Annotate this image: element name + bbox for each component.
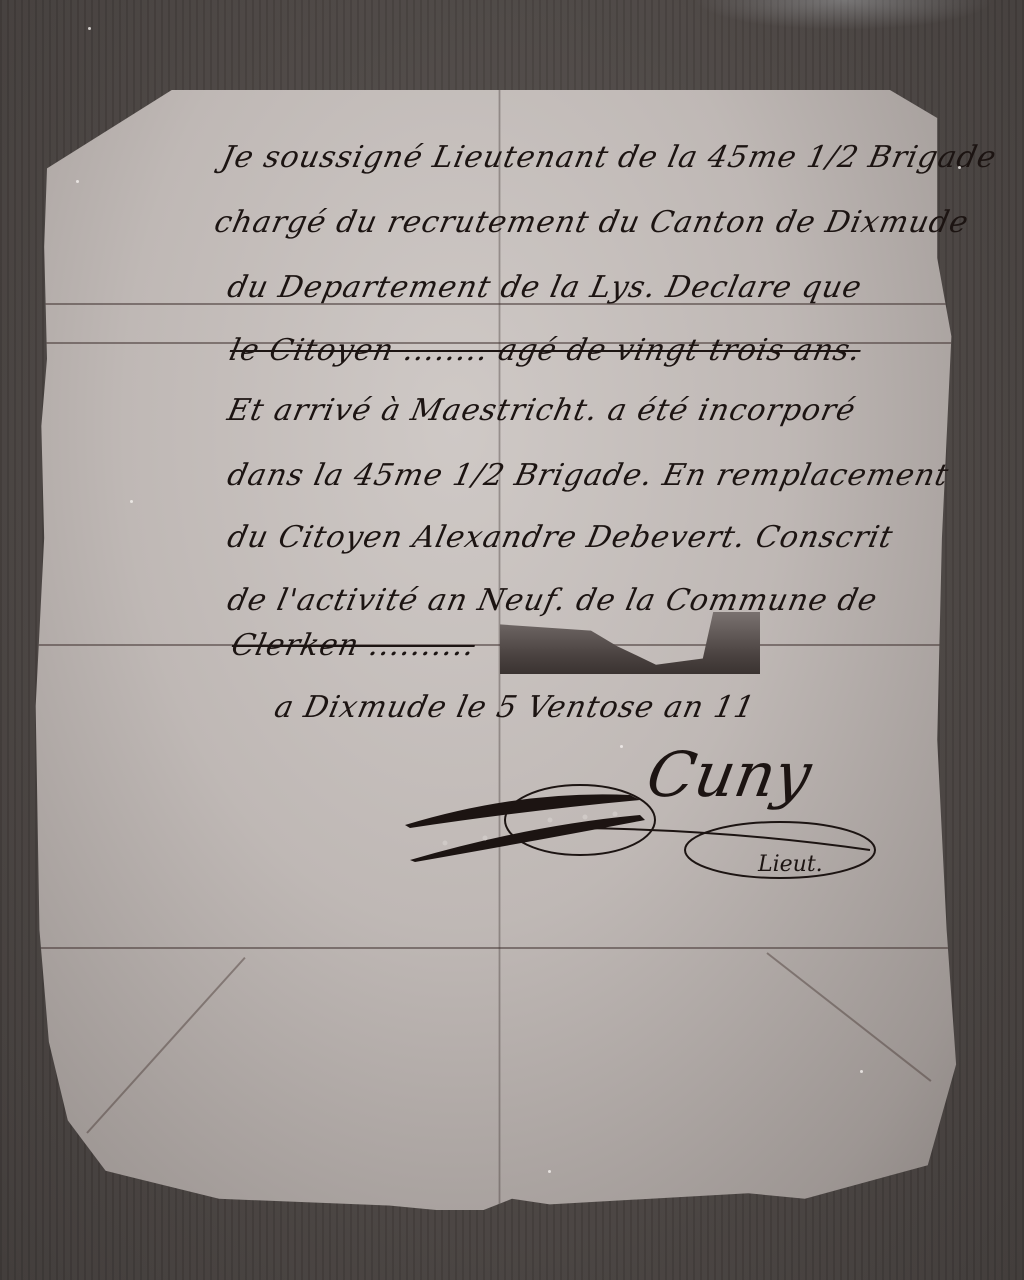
signature-flourish-icon bbox=[400, 770, 880, 900]
text-line-3: du Departement de la Lys. Declare que bbox=[224, 270, 865, 305]
text-line-7: du Citoyen Alexandre Debevert. Conscrit bbox=[224, 520, 896, 555]
signature-title: Lieut. bbox=[758, 852, 823, 877]
text-line-6: dans la 45me 1/2 Brigade. En remplacemen… bbox=[224, 458, 952, 493]
text-line-1: Je soussigné Lieutenant de la 45me 1/2 B… bbox=[218, 140, 1000, 175]
text-line-5: Et arrivé à Maestricht. a été incorporé bbox=[224, 393, 859, 428]
text-line-9: Clerken .......... bbox=[228, 628, 478, 663]
text-line-8: de l'activité an Neuf. de la Commune de bbox=[224, 583, 881, 618]
text-line-2: chargé du recrutement du Canton de Dixmu… bbox=[211, 205, 972, 240]
dateline: a Dixmude le 5 Ventose an 11 bbox=[271, 690, 758, 725]
handwritten-text: Je soussigné Lieutenant de la 45me 1/2 B… bbox=[0, 0, 1024, 1280]
scan-background: Je soussigné Lieutenant de la 45me 1/2 B… bbox=[0, 0, 1024, 1280]
signature-name: Cuny bbox=[642, 738, 817, 811]
text-line-4: le Citoyen ........ agé de vingt trois a… bbox=[226, 333, 864, 368]
